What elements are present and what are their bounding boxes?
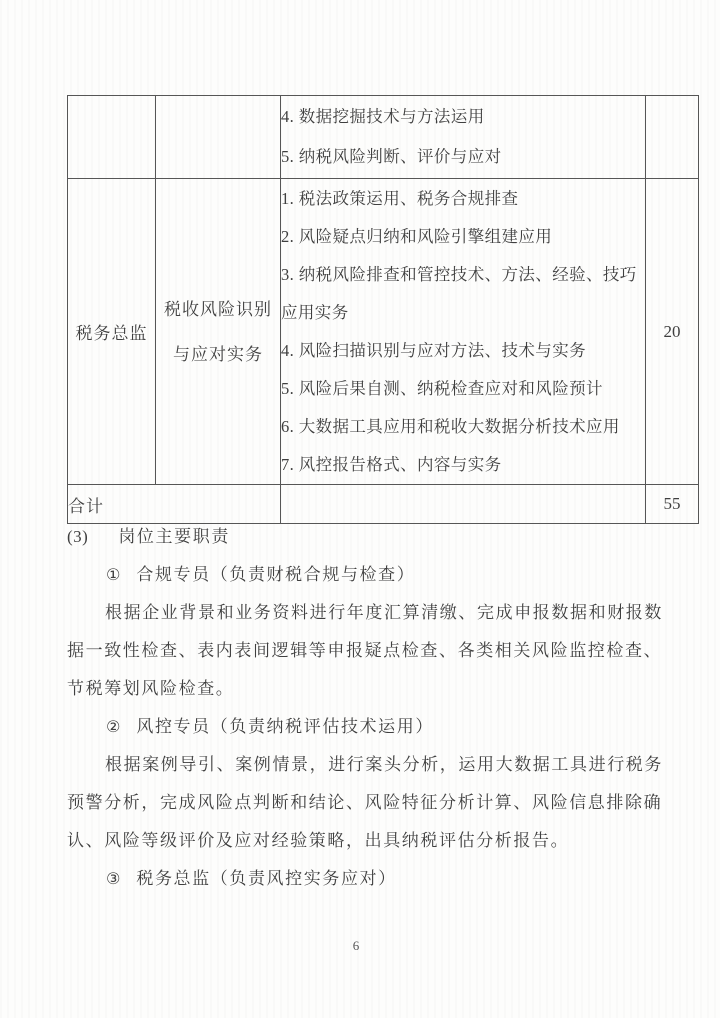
training-syllabus-table: 4. 数据挖掘技术与方法运用 5. 纳税风险判断、评价与应对 税务总监 税收风险… — [67, 95, 699, 524]
course-item: 4. 风险扫描识别与应对方法、技术与实务 — [281, 332, 645, 370]
subitem-heading-1: ①合规专员（负责财税合规与检查） — [67, 556, 673, 594]
cell-position-empty — [68, 96, 156, 179]
course-item: 6. 大数据工具应用和税收大数据分析技术应用 — [281, 408, 645, 446]
subitem-title: 合规专员（负责财税合规与检查） — [136, 565, 415, 584]
section-number: (3) — [67, 527, 88, 546]
subitem-heading-3: ③税务总监（负责风控实务应对） — [67, 860, 673, 898]
course-item: 1. 税法政策运用、税务合规排查 — [281, 180, 645, 218]
module-title-line: 税收风险识别 — [156, 287, 280, 332]
paragraph-line: 预警分析，完成风险点判断和结论、风险特征分析计算、风险信息排除确 — [67, 784, 673, 822]
paragraph-line: 节税筹划风险检查。 — [67, 670, 673, 708]
course-item: 7. 风控报告格式、内容与实务 — [281, 446, 645, 484]
page-number: 6 — [0, 938, 712, 954]
paragraph-line: 认、风险等级评价及应对经验策略，出具纳税评估分析报告。 — [67, 822, 673, 860]
cell-module: 税收风险识别 与应对实务 — [156, 179, 281, 485]
circled-number-3: ③ — [106, 869, 120, 888]
circled-number-1: ① — [106, 565, 120, 584]
subitem-title: 税务总监（负责风控实务应对） — [136, 869, 396, 888]
paragraph-line: 根据企业背景和业务资料进行年度汇算清缴、完成申报数据和财报数 — [67, 594, 673, 632]
section-heading: (3)岗位主要职责 — [67, 518, 673, 556]
document-page: 4. 数据挖掘技术与方法运用 5. 纳税风险判断、评价与应对 税务总监 税收风险… — [0, 0, 720, 1018]
table-row-tax-director: 税务总监 税收风险识别 与应对实务 1. 税法政策运用、税务合规排查 2. 风险… — [68, 179, 699, 485]
subitem-title: 风控专员（负责纳税评估技术运用） — [136, 717, 434, 736]
body-text-block: (3)岗位主要职责 ①合规专员（负责财税合规与检查） 根据企业背景和业务资料进行… — [67, 518, 673, 898]
course-item: 5. 纳税风险判断、评价与应对 — [281, 137, 645, 177]
course-item-wrap: 应用实务 — [281, 294, 645, 332]
course-item: 2. 风险疑点归纳和风险引擎组建应用 — [281, 218, 645, 256]
course-item: 4. 数据挖掘技术与方法运用 — [281, 97, 645, 137]
paragraph-line: 据一致性检查、表内表间逻辑等申报疑点检查、各类相关风险监控检查、 — [67, 632, 673, 670]
cell-position: 税务总监 — [68, 179, 156, 485]
section-title: 岗位主要职责 — [118, 527, 230, 546]
cell-course-items: 4. 数据挖掘技术与方法运用 5. 纳税风险判断、评价与应对 — [281, 96, 646, 179]
cell-hours-empty — [646, 96, 699, 179]
circled-number-2: ② — [106, 717, 120, 736]
cell-course-items: 1. 税法政策运用、税务合规排查 2. 风险疑点归纳和风险引擎组建应用 3. 纳… — [281, 179, 646, 485]
course-item: 3. 纳税风险排查和管控技术、方法、经验、技巧 — [281, 256, 645, 294]
module-title-line: 与应对实务 — [156, 332, 280, 377]
subitem-heading-2: ②风控专员（负责纳税评估技术运用） — [67, 708, 673, 746]
cell-module-empty — [156, 96, 281, 179]
cell-hours: 20 — [646, 179, 699, 485]
paragraph-line: 根据案例导引、案例情景，进行案头分析，运用大数据工具进行税务 — [67, 746, 673, 784]
course-item: 5. 风险后果自测、纳税检查应对和风险预计 — [281, 370, 645, 408]
table-row-carryover: 4. 数据挖掘技术与方法运用 5. 纳税风险判断、评价与应对 — [68, 96, 699, 179]
